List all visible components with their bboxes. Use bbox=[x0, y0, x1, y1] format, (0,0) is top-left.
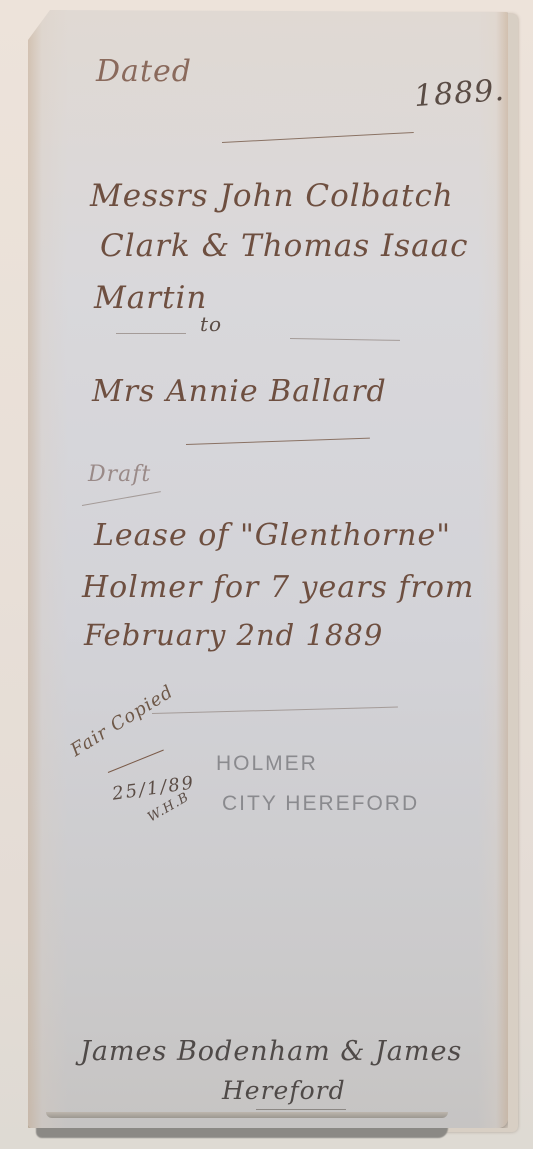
parties-conjunction: to bbox=[200, 312, 222, 336]
parties-line-2: Clark & Thomas Isaac bbox=[100, 228, 468, 264]
description-line-3: February 2nd 1889 bbox=[84, 618, 383, 652]
to-rule-left bbox=[116, 333, 186, 334]
solicitors-rule bbox=[256, 1109, 346, 1110]
pencil-note-line-1: HOLMER bbox=[216, 752, 318, 776]
parties-line-1: Messrs John Colbatch bbox=[90, 178, 454, 214]
pencil-note-line-2: CITY HEREFORD bbox=[222, 792, 419, 816]
description-line-2: Holmer for 7 years from bbox=[82, 570, 474, 605]
description-line-1: Lease of "Glenthorne" bbox=[94, 518, 451, 553]
status-label-draft: Draft bbox=[88, 462, 151, 487]
docket-bottom-edge bbox=[46, 1112, 448, 1118]
dated-label: Dated bbox=[96, 54, 192, 89]
solicitors-line-1: James Bodenham & James bbox=[80, 1036, 462, 1067]
solicitors-line-2: Hereford bbox=[222, 1076, 346, 1105]
header-year: 1889. bbox=[413, 73, 506, 114]
parties-line-4: Mrs Annie Ballard bbox=[92, 374, 387, 409]
parties-line-3: Martin bbox=[94, 280, 207, 316]
